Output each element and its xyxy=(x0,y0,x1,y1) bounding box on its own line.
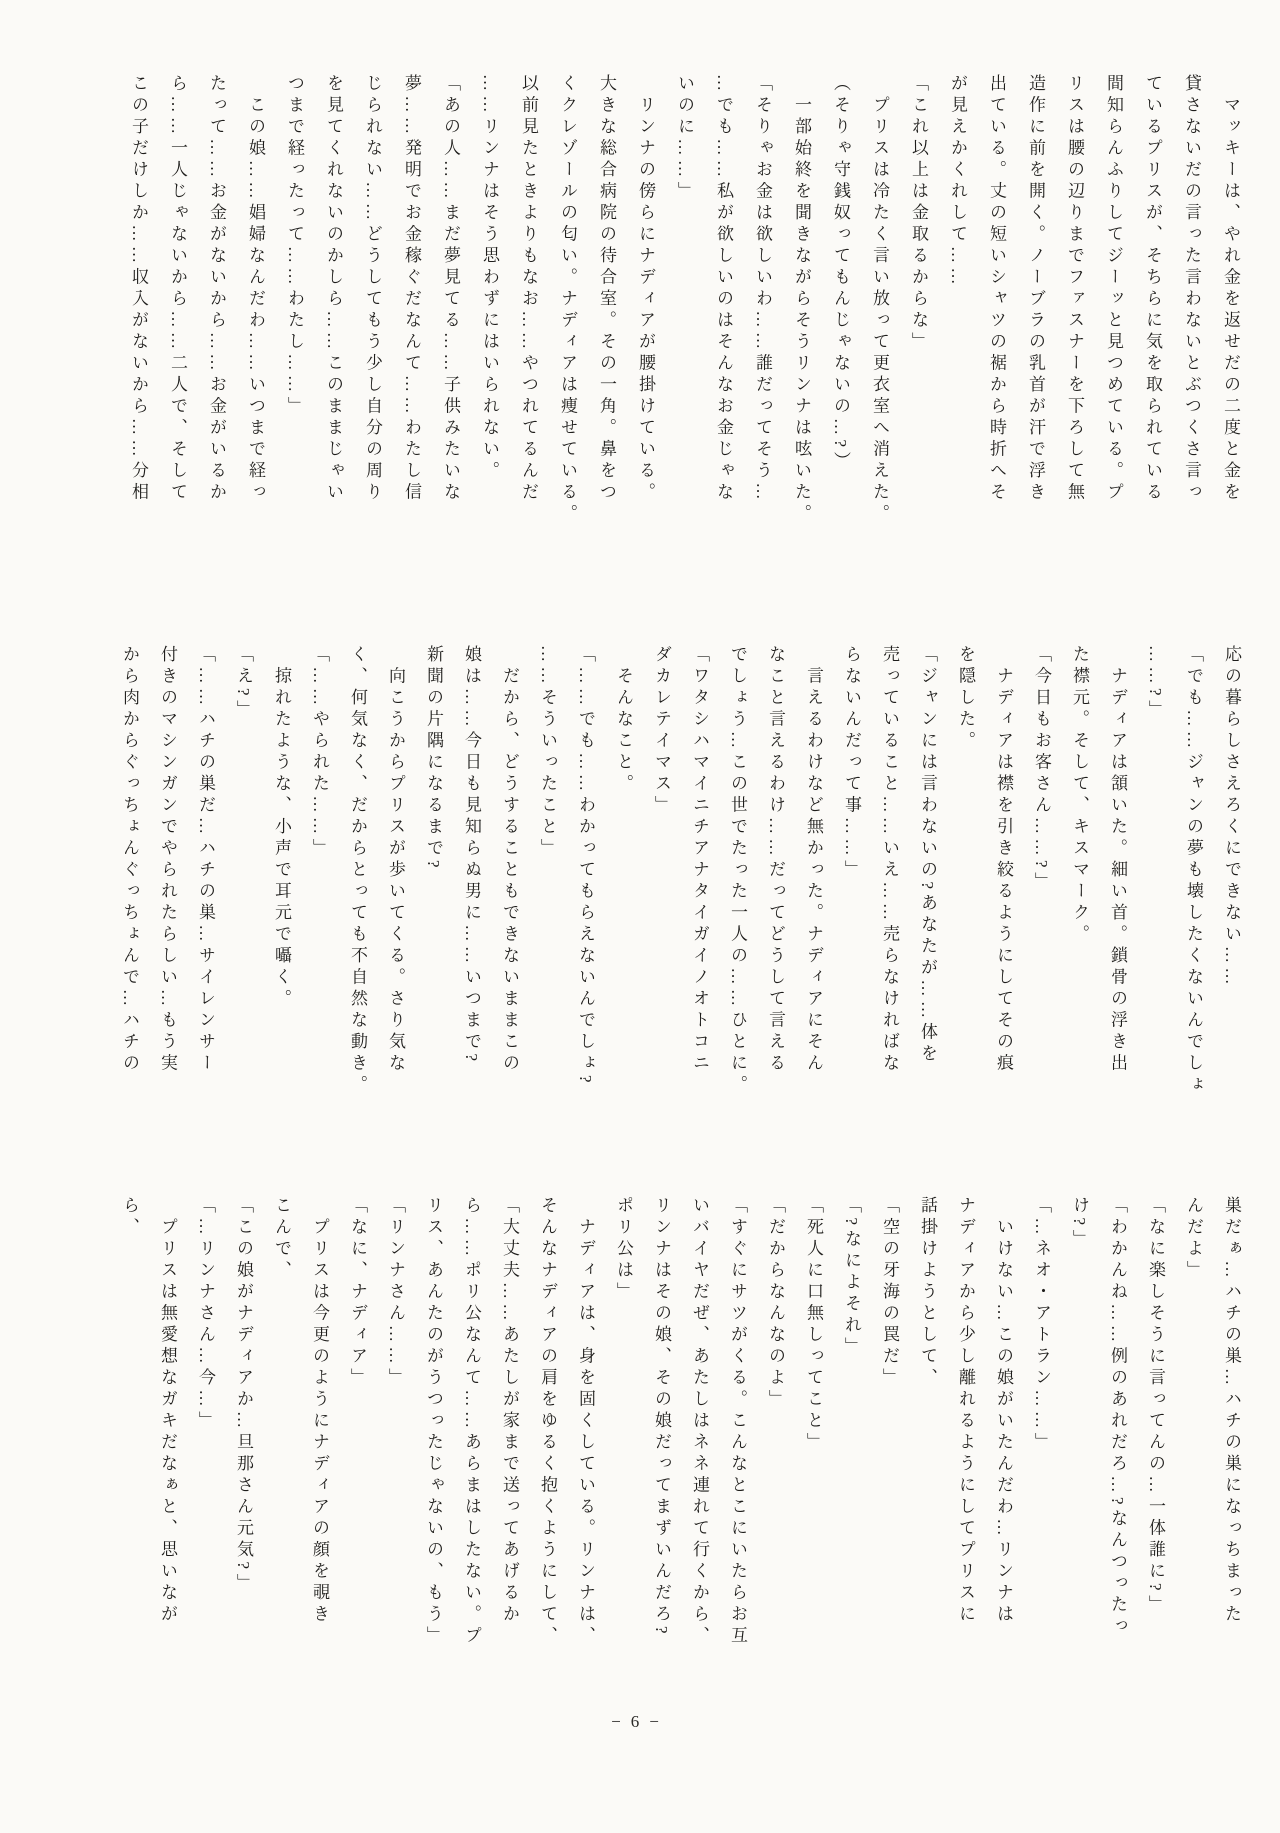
text-column: を見てくれないのかしら……このままじゃい xyxy=(314,74,353,566)
text-column: 「……やられた……」 xyxy=(300,645,338,1145)
text-column: 以前見たときよりもなお……やつれてるんだ xyxy=(509,74,548,566)
text-column: 「……でも……わかってもらえないんでしょ? xyxy=(566,645,604,1145)
text-column: ナディアは、身を固くしている。リンナは、 xyxy=(566,1196,604,1704)
text-column: この娘……娼婦なんだわ……いつまで経っ xyxy=(236,74,275,566)
text-column: 娘は……今日も見知らぬ男に……いつまで? xyxy=(452,645,490,1145)
page-number: −6− xyxy=(0,1712,1280,1732)
text-column: 「これ以上は金取るからな」 xyxy=(899,74,938,566)
text-column: 言えるわけなど無かった。ナディアにそん xyxy=(794,645,832,1145)
text-column: なこと言えるわけ……だってどうして言える xyxy=(756,645,794,1145)
text-column: たって……お金がないから……お金がいるか xyxy=(197,74,236,566)
text-column: 「ジャンには言わないの?あなたが……体を xyxy=(908,645,946,1145)
text-column: 「大丈夫……あたしが家まで送ってあげるか xyxy=(490,1196,528,1704)
text-column: 「この娘がナディアか…旦那さん元気?」 xyxy=(224,1196,262,1704)
text-column: ……そういったこと」 xyxy=(528,645,566,1145)
text-column: から肉からぐっちょんぐっちょんで…ハチの xyxy=(110,645,148,1145)
text-column: リス、あんたのがうつったじゃないの、もう」 xyxy=(414,1196,452,1704)
text-column: 一部始終を聞きながらそうリンナは呟いた。 xyxy=(782,74,821,566)
text-column: つまで経ったって……わたし……」 xyxy=(275,74,314,566)
text-column: 「なに楽しそうに言ってんの…一体誰に?」 xyxy=(1136,1196,1174,1704)
text-column: 「あの人……まだ夢見てる……子供みたいな xyxy=(431,74,470,566)
text-column: 「死人に口無しってこと」 xyxy=(794,1196,832,1704)
text-column: ているプリスが、そちらに気を取られている xyxy=(1133,74,1172,566)
text-column: 向こうからプリスが歩いてくる。さり気な xyxy=(376,645,414,1145)
text-column: 「わかんね……例のあれだろ…?なんつったっ xyxy=(1098,1196,1136,1704)
text-column: じられない……どうしてもう少し自分の周り xyxy=(353,74,392,566)
text-column: 付きのマシンガンでやられたらしい…もう実 xyxy=(148,645,186,1145)
text-column: いけない…この娘がいたんだわ…リンナは xyxy=(984,1196,1022,1704)
text-column: リンナの傍らにナディアが腰掛けている。 xyxy=(626,74,665,566)
text-column: 「そりゃお金は欲しいわ……誰だってそう… xyxy=(743,74,782,566)
text-column: プリスは無愛想なガキだなぁと、思いなが xyxy=(148,1196,186,1704)
text-column: 売っていること……いえ……売らなければな xyxy=(870,645,908,1145)
text-column: こんで、 xyxy=(262,1196,300,1704)
text-column: 造作に前を開く。ノーブラの乳首が汗で浮き xyxy=(1016,74,1055,566)
text-column: マッキーは、やれ金を返せだの二度と金を xyxy=(1211,74,1250,566)
text-column: ら……一人じゃないから……二人で、そして xyxy=(158,74,197,566)
text-column: 「今日もお客さん……?」 xyxy=(1022,645,1060,1145)
text-column: た襟元。そして、キスマーク。 xyxy=(1060,645,1098,1145)
text-column: 「なに、ナディア」 xyxy=(338,1196,376,1704)
text-column: 「だからなんなのよ」 xyxy=(756,1196,794,1704)
text-column: 「?なによそれ」 xyxy=(832,1196,870,1704)
text-column: 新聞の片隅になるまで? xyxy=(414,645,452,1145)
text-column: 応の暮らしさえろくにできない…… xyxy=(1212,645,1250,1145)
text-column: そんなこと。 xyxy=(604,645,642,1145)
text-column: 間知らんふりしてジーッと見つめている。プ xyxy=(1094,74,1133,566)
scanned-novel-page: マッキーは、やれ金を返せだの二度と金を貸さないだの言った言わないとぶつくさ言って… xyxy=(0,0,1280,1833)
text-column: でしょう…この世でたった一人の……ひとに。 xyxy=(718,645,756,1145)
text-block-middle: 応の暮らしさえろくにできない……「でも……ジャンの夢も壊したくないんでしょ……?… xyxy=(110,645,1250,1145)
text-column: 「…リンナさん…今…」 xyxy=(186,1196,224,1704)
text-column: 「すぐにサツがくる。こんなとこにいたらお互 xyxy=(718,1196,756,1704)
text-column: リンナはその娘、その娘だってまずいんだろ? xyxy=(642,1196,680,1704)
text-column: …でも……私が欲しいのはそんなお金じゃな xyxy=(704,74,743,566)
text-column: ら、 xyxy=(110,1196,148,1704)
text-column: いバイヤだぜ、あたしはネネ連れて行くから、 xyxy=(680,1196,718,1704)
text-column: ナディアは襟を引き絞るようにしてその痕 xyxy=(984,645,1022,1145)
text-column: リスは腰の辺りまでファスナーを下ろして無 xyxy=(1055,74,1094,566)
text-column: ……?」 xyxy=(1136,645,1174,1145)
text-column: ダカレテイマス」 xyxy=(642,645,680,1145)
text-column: 夢……発明でお金稼ぐだなんて……わたし信 xyxy=(392,74,431,566)
text-column: く、何気なく、だからとっても不自然な動き。 xyxy=(338,645,376,1145)
text-column: 「ワタシハマイニチアナタイガイノオトコニ xyxy=(680,645,718,1145)
text-column: （そりゃ守銭奴ってもんじゃないの…?） xyxy=(821,74,860,566)
text-column: プリスは冷たく言い放って更衣室へ消えた。 xyxy=(860,74,899,566)
text-column: 「え?」 xyxy=(224,645,262,1145)
text-column: 掠れたような、小声で耳元で囁く。 xyxy=(262,645,300,1145)
text-column: くクレゾールの匂い。ナディアは痩せている。 xyxy=(548,74,587,566)
text-column: を隠した。 xyxy=(946,645,984,1145)
text-column: が見えかくれして…… xyxy=(938,74,977,566)
text-column: この子だけしか……収入がないから……分相 xyxy=(119,74,158,566)
text-column: 貸さないだの言った言わないとぶつくさ言っ xyxy=(1172,74,1211,566)
text-block-top: マッキーは、やれ金を返せだの二度と金を貸さないだの言った言わないとぶつくさ言って… xyxy=(119,74,1250,566)
text-column: ポリ公は」 xyxy=(604,1196,642,1704)
text-column: ら……ポリ公なんて……あらまはしたない。プ xyxy=(452,1196,490,1704)
text-column: んだよ」 xyxy=(1174,1196,1212,1704)
text-column: プリスは今更のようにナディアの顔を覗き xyxy=(300,1196,338,1704)
text-column: 「でも……ジャンの夢も壊したくないんでしょ xyxy=(1174,645,1212,1145)
text-column: 「リンナさん……」 xyxy=(376,1196,414,1704)
text-column: 出ている。丈の短いシャツの裾から時折へそ xyxy=(977,74,1016,566)
text-column: け?」 xyxy=(1060,1196,1098,1704)
text-column: 巣だぁ…ハチの巣…ハチの巣になっちまった xyxy=(1212,1196,1250,1704)
text-column: 「……ハチの巣だ…ハチの巣…サイレンサー xyxy=(186,645,224,1145)
text-column: らないんだって事……」 xyxy=(832,645,870,1145)
text-column: 話掛けようとして、 xyxy=(908,1196,946,1704)
text-column: 大きな総合病院の待合室。その一角。鼻をつ xyxy=(587,74,626,566)
text-column: ナディアは頷いた。細い首。鎖骨の浮き出 xyxy=(1098,645,1136,1145)
text-block-bottom: 巣だぁ…ハチの巣…ハチの巣になっちまったんだよ」「なに楽しそうに言ってんの…一体… xyxy=(110,1196,1250,1704)
text-column: 「…ネオ・アトラン……」 xyxy=(1022,1196,1060,1704)
text-column: ……リンナはそう思わずにはいられない。 xyxy=(470,74,509,566)
text-column: だから、どうすることもできないままこの xyxy=(490,645,528,1145)
text-column: いのに……」 xyxy=(665,74,704,566)
text-column: そんなナディアの肩をゆるく抱くようにして、 xyxy=(528,1196,566,1704)
text-column: 「空の牙海の罠だ」 xyxy=(870,1196,908,1704)
text-column: ナディアから少し離れるようにしてプリスに xyxy=(946,1196,984,1704)
